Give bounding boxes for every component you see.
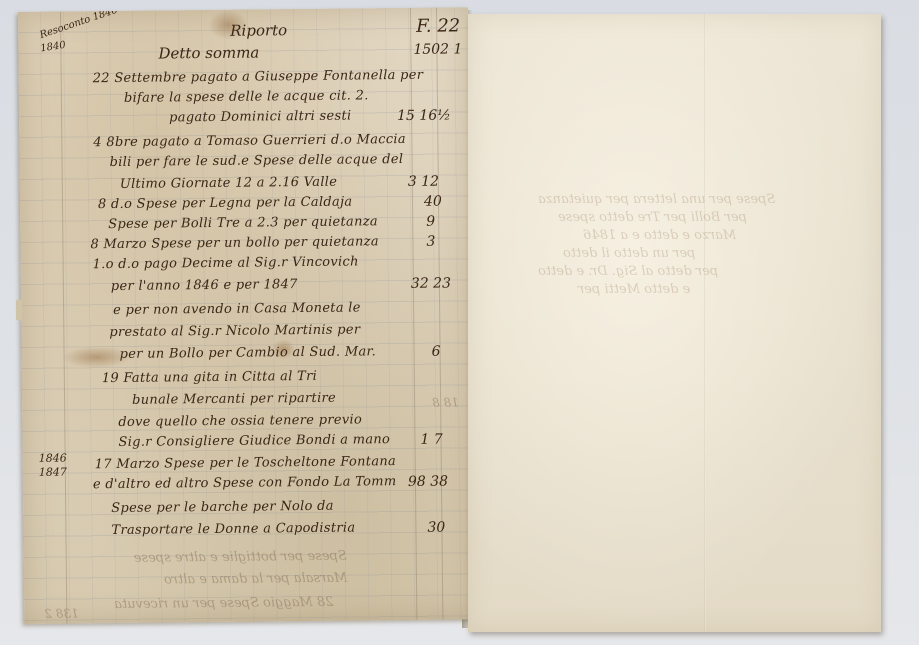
page-fold — [704, 14, 706, 632]
ledger-entry: 17 Marzo Spese per le Toscheltone Fontan… — [95, 454, 396, 472]
ledger-entry: Ultimo Giornate 12 a 2.16 Valle — [120, 175, 338, 192]
ledger-entry: bunale Mercanti per ripartire — [132, 391, 336, 408]
margin-year: 1846 — [39, 452, 67, 465]
entry-amount: 3 — [426, 234, 435, 250]
entry-amount: 98 38 — [408, 474, 448, 490]
bleed-through-text: per Bolli per Tre detto spese — [558, 210, 747, 225]
ledger-entry: dove quello che ossia tenere previo — [118, 412, 362, 430]
margin-year: 1847 — [39, 466, 67, 479]
entry-amount: 9 — [426, 214, 435, 230]
bleed-through-text: per detto al Sig. Dr. e detto — [538, 264, 718, 279]
bleed-through-text: Spese per una lettera per quietanza — [538, 192, 775, 207]
page-mark: F. 22 — [416, 15, 460, 36]
right-page: Spese per una lettera per quietanza per … — [468, 14, 881, 632]
entry-amount: 6 — [431, 344, 440, 360]
ledger-entry: e per non avendo in Casa Moneta le — [113, 300, 361, 318]
bleed-margin-number: 18 8 — [432, 395, 459, 409]
bleed-margin-number: 138 2 — [44, 606, 79, 620]
ledger-entry: pagato Dominici altri sesti — [169, 109, 351, 126]
ledger-entry: 1.o d.o pago Decime al Sig.r Vincovich — [93, 254, 359, 272]
entry-amount: 3 12 — [408, 174, 439, 190]
ledger-entry: bifare la spese delle le acque cit. 2. — [124, 88, 369, 106]
bleed-through-text: Marzo e detto e a 1846 — [583, 228, 736, 243]
entry-amount: 32 23 — [411, 275, 451, 291]
entry-amount: 30 — [427, 520, 445, 536]
ledger-entry: Spese per le barche per Nolo da — [111, 499, 334, 516]
ledger-entry: Sig.r Consigliere Giudice Bondi a mano — [118, 432, 390, 450]
entry-amount: 40 — [424, 194, 442, 210]
entry-amount: 1 7 — [420, 432, 442, 448]
ledger-entry: e d'altro ed altro Spese con Fondo La To… — [93, 474, 397, 492]
bleed-through-text: 28 Maggio Spese per un ricevuta — [114, 595, 333, 612]
header-title: Riporto — [230, 21, 287, 40]
header-subtitle: Detto somma — [158, 43, 259, 62]
left-page: Resoconto 1846 1840 Riporto F. 22 Detto … — [18, 7, 474, 624]
ledger-entry: Trasportare le Donne a Capodistria — [111, 520, 355, 538]
carried-total: 1502 1 — [413, 41, 462, 58]
ledger-entry: bili per fare le sud.e Spese delle acque… — [110, 152, 404, 170]
ledger-entry: per un Bollo per Cambio al Sud. Mar. — [120, 344, 377, 362]
ledger-entry: 19 Fatta una gita in Citta al Tri — [102, 369, 317, 386]
ledger-entry: prestato al Sig.r Nicolo Martinis per — [109, 322, 360, 340]
bleed-through-text: per un detto il detto — [563, 246, 695, 261]
ledger-entry: per l'anno 1846 e per 1847 — [111, 277, 298, 294]
ledger-entry: 8 d.o Spese per Legna per la Caldaja — [98, 195, 353, 213]
torn-paper-edge — [16, 300, 22, 320]
ledger-entry: Spese per Bolli Tre a 2.3 per quietanza — [108, 214, 378, 232]
ledger-entry: 8 Marzo Spese per un bollo per quietanza — [90, 234, 379, 252]
bleed-through-text: Spese per bottiglie e altre spese — [134, 549, 347, 566]
ledger-photo: Resoconto 1846 1840 Riporto F. 22 Detto … — [0, 0, 919, 645]
bleed-through-text: e detto Metti per — [578, 282, 690, 297]
entry-amount: 15 16½ — [397, 107, 451, 124]
bleed-through-text: Marsala per la dama e altro — [164, 571, 348, 588]
